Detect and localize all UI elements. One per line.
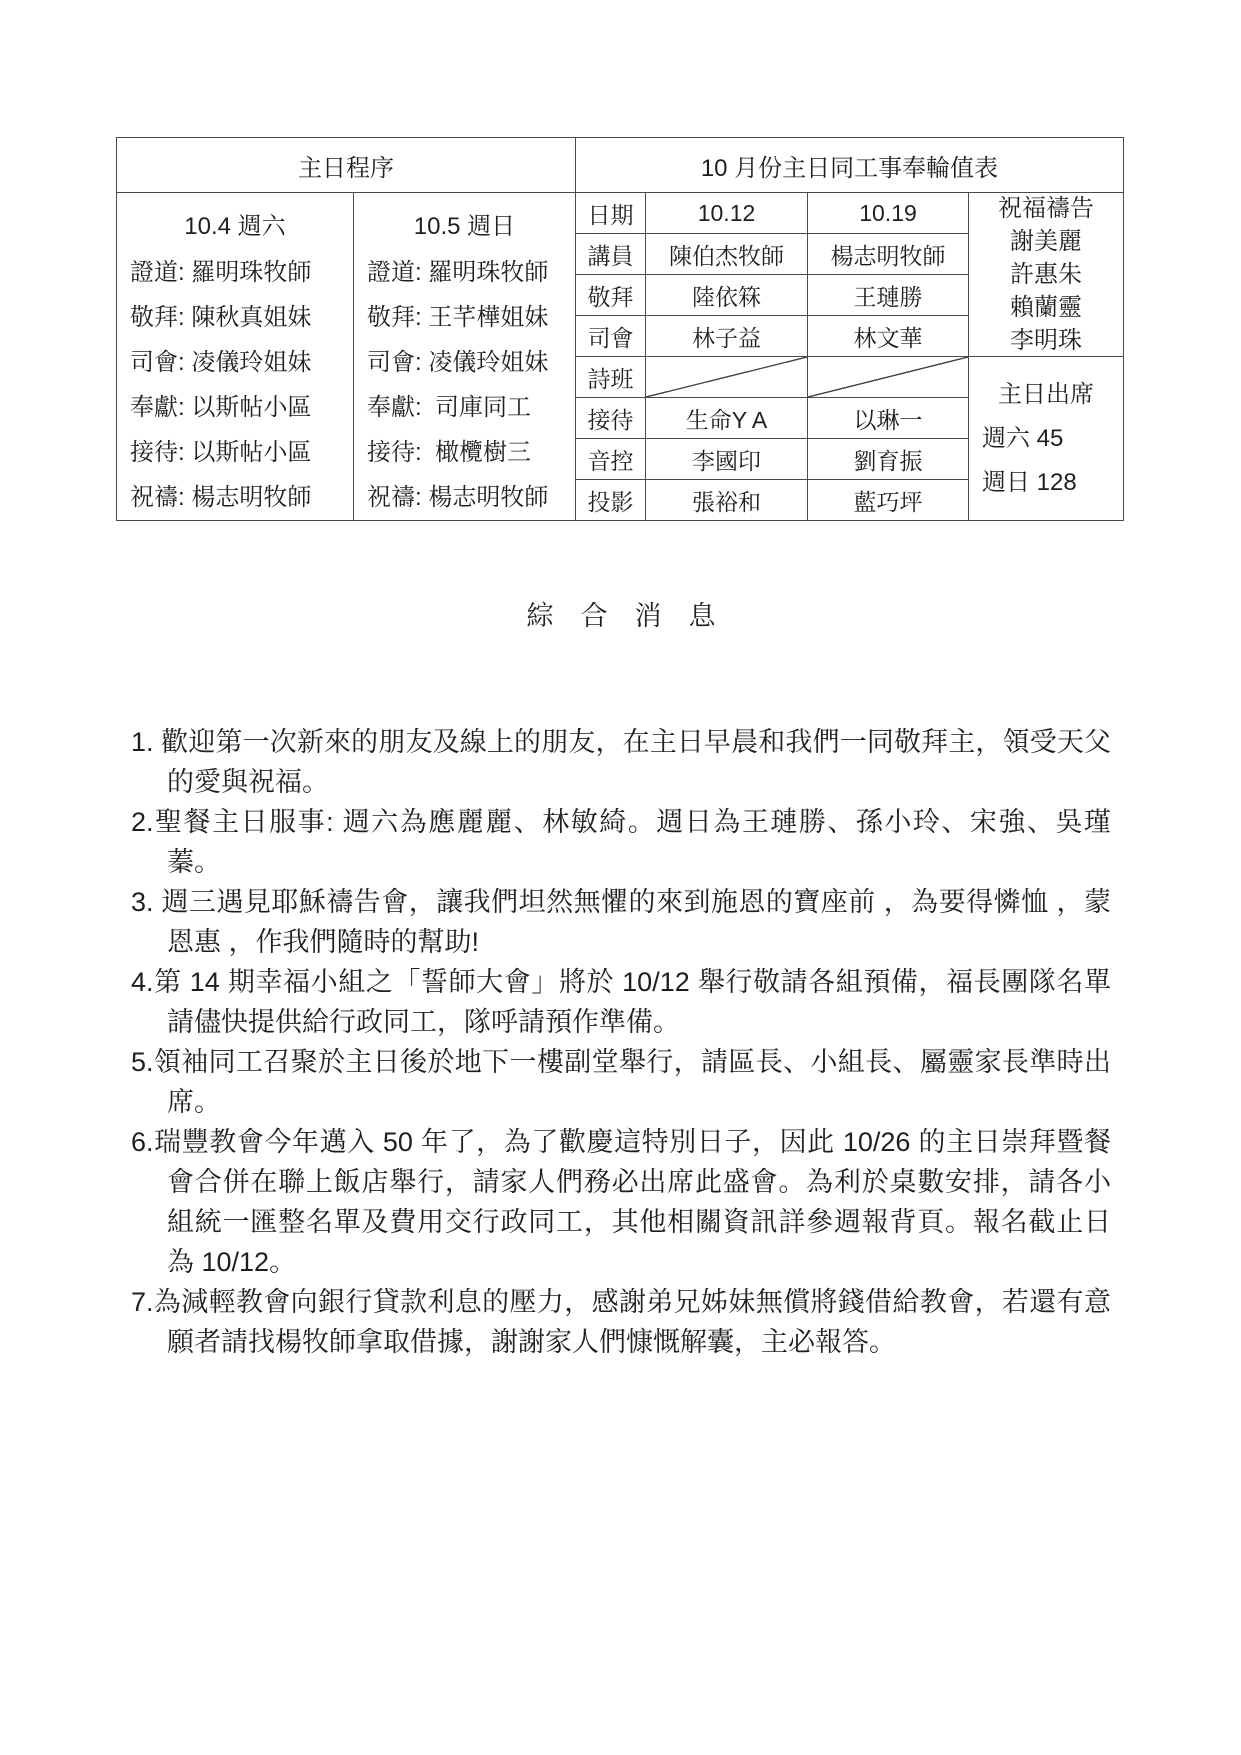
attendance-line: 週六 45 xyxy=(982,417,1123,461)
news-item-number: 6. xyxy=(131,1127,154,1157)
blessing-title: 祝福禱告 xyxy=(998,193,1094,225)
service-line: 敬拜: 陳秋真姐妹 xyxy=(117,292,353,337)
news-item-number: 5. xyxy=(131,1047,154,1077)
blessing-prayer-cell: 祝福禱告 謝美麗 許惠朱 賴蘭靈 李明珠 xyxy=(969,193,1124,357)
roster-cell: 藍巧坪 xyxy=(808,480,969,521)
news-item-text: 歡迎第一次新來的朋友及線上的朋友，在主日早晨和我們一同敬拜主，領受天父的愛與祝福… xyxy=(161,727,1111,797)
news-item-number: 7. xyxy=(131,1287,154,1317)
service-line: 祝禱: 楊志明牧師 xyxy=(354,472,575,517)
roster-cell-date-1019: 10.19 xyxy=(808,193,969,234)
service-date: 10.4 週六 xyxy=(117,199,353,247)
service-line: 證道: 羅明珠牧師 xyxy=(354,247,575,292)
roster-cell-date-1012: 10.12 xyxy=(646,193,808,234)
roster-cell: 生命Y A xyxy=(646,398,808,439)
news-item: 1. 歡迎第一次新來的朋友及線上的朋友，在主日早晨和我們一同敬拜主，領受天父的愛… xyxy=(131,722,1111,802)
news-item-text: 週三遇見耶穌禱告會，讓我們坦然無懼的來到施恩的寶座前 ，為要得憐恤 ，蒙恩惠 ，… xyxy=(162,887,1111,957)
roster-row-label: 司會 xyxy=(576,316,646,357)
news-item: 2.聖餐主日服事: 週六為應麗麗、林敏綺。週日為王璉勝、孫小玲、宋強、吳瑾蓁。 xyxy=(131,802,1111,882)
roster-cell: 陳伯杰牧師 xyxy=(646,234,808,275)
attendance-cell: 主日出席 週六 45 週日 128 xyxy=(969,357,1124,521)
roster-cell: 劉育振 xyxy=(808,439,969,480)
service-date: 10.5 週日 xyxy=(354,199,575,247)
roster-cell: 張裕和 xyxy=(646,480,808,521)
roster-cell: 林子益 xyxy=(646,316,808,357)
service-line: 敬拜: 王芊樺姐妹 xyxy=(354,292,575,337)
roster-row-label: 投影 xyxy=(576,480,646,521)
roster-row-label: 詩班 xyxy=(576,357,646,398)
news-item-text: 第 14 期幸福小組之「誓師大會」將於 10/12 舉行敬請各組預備，福長團隊名… xyxy=(154,967,1111,1037)
service-line: 接待: 以斯帖小區 xyxy=(117,427,353,472)
news-item-text: 為減輕教會向銀行貸款利息的壓力，感謝弟兄姊妹無償將錢借給教會，若還有意願者請找楊… xyxy=(154,1287,1111,1357)
roster-row-label: 講員 xyxy=(576,234,646,275)
blessing-name: 賴蘭靈 xyxy=(1010,291,1082,324)
news-title: 綜 合 消 息 xyxy=(131,596,1111,636)
blessing-name: 謝美麗 xyxy=(1010,225,1082,258)
service-line: 奉獻: 以斯帖小區 xyxy=(117,382,353,427)
attendance-line: 週日 128 xyxy=(982,461,1123,505)
roster-row-label: 接待 xyxy=(576,398,646,439)
roster-cell-empty-diagonal xyxy=(646,357,808,398)
news-item: 5.領袖同工召聚於主日後於地下一樓副堂舉行，請區長、小組長、屬靈家長準時出席。 xyxy=(131,1042,1111,1122)
news-item: 6.瑞豐教會今年邁入 50 年了，為了歡慶這特別日子，因此 10/26 的主日崇… xyxy=(131,1122,1111,1282)
roster-cell: 李國印 xyxy=(646,439,808,480)
news-item: 3. 週三遇見耶穌禱告會，讓我們坦然無懼的來到施恩的寶座前 ，為要得憐恤 ，蒙恩… xyxy=(131,882,1111,962)
roster-cell: 陸依箖 xyxy=(646,275,808,316)
service-line: 祝禱: 楊志明牧師 xyxy=(117,472,353,517)
news-item-number: 1. xyxy=(131,727,161,757)
service-line: 證道: 羅明珠牧師 xyxy=(117,247,353,292)
service-line: 奉獻: 司庫同工 xyxy=(354,382,575,427)
service-line: 接待: 橄欖樹三 xyxy=(354,427,575,472)
sunday-program-header: 主日程序 xyxy=(117,138,576,193)
roster-cell: 以琳一 xyxy=(808,398,969,439)
schedule-roster-table: 主日程序 10 月份主日同工事奉輪值表 10.4 週六 證道: 羅明珠牧師 敬拜… xyxy=(116,137,1124,521)
roster-cell: 林文華 xyxy=(808,316,969,357)
service-column-saturday: 10.4 週六 證道: 羅明珠牧師 敬拜: 陳秋真姐妹 司會: 凌儀玲姐妹 奉獻… xyxy=(117,193,354,521)
news-item-text: 瑞豐教會今年邁入 50 年了，為了歡慶這特別日子，因此 10/26 的主日崇拜暨… xyxy=(154,1127,1111,1277)
attendance-title: 主日出席 xyxy=(982,373,1123,417)
service-line: 司會: 凌儀玲姐妹 xyxy=(117,337,353,382)
general-news-section: 綜 合 消 息 1. 歡迎第一次新來的朋友及線上的朋友，在主日早晨和我們一同敬拜… xyxy=(131,596,1111,1362)
news-item-number: 4. xyxy=(131,967,154,997)
news-item-text: 領袖同工召聚於主日後於地下一樓副堂舉行，請區長、小組長、屬靈家長準時出席。 xyxy=(154,1047,1111,1117)
service-line: 司會: 凌儀玲姐妹 xyxy=(354,337,575,382)
news-item: 7.為減輕教會向銀行貸款利息的壓力，感謝弟兄姊妹無償將錢借給教會，若還有意願者請… xyxy=(131,1282,1111,1362)
roster-header: 10 月份主日同工事奉輪值表 xyxy=(576,138,1124,193)
roster-cell: 王璉勝 xyxy=(808,275,969,316)
roster-cell-empty-diagonal xyxy=(808,357,969,398)
roster-row-label: 日期 xyxy=(576,193,646,234)
roster-cell: 楊志明牧師 xyxy=(808,234,969,275)
news-item-number: 2. xyxy=(131,807,154,837)
roster-row-label: 敬拜 xyxy=(576,275,646,316)
service-column-sunday: 10.5 週日 證道: 羅明珠牧師 敬拜: 王芊樺姐妹 司會: 凌儀玲姐妹 奉獻… xyxy=(354,193,576,521)
blessing-name: 許惠朱 xyxy=(1010,258,1082,291)
news-item-number: 3. xyxy=(131,887,162,917)
news-item: 4.第 14 期幸福小組之「誓師大會」將於 10/12 舉行敬請各組預備，福長團… xyxy=(131,962,1111,1042)
blessing-name: 李明珠 xyxy=(1010,324,1082,357)
news-item-text: 聖餐主日服事: 週六為應麗麗、林敏綺。週日為王璉勝、孫小玲、宋強、吳瑾蓁。 xyxy=(154,807,1111,877)
roster-row-label: 音控 xyxy=(576,439,646,480)
